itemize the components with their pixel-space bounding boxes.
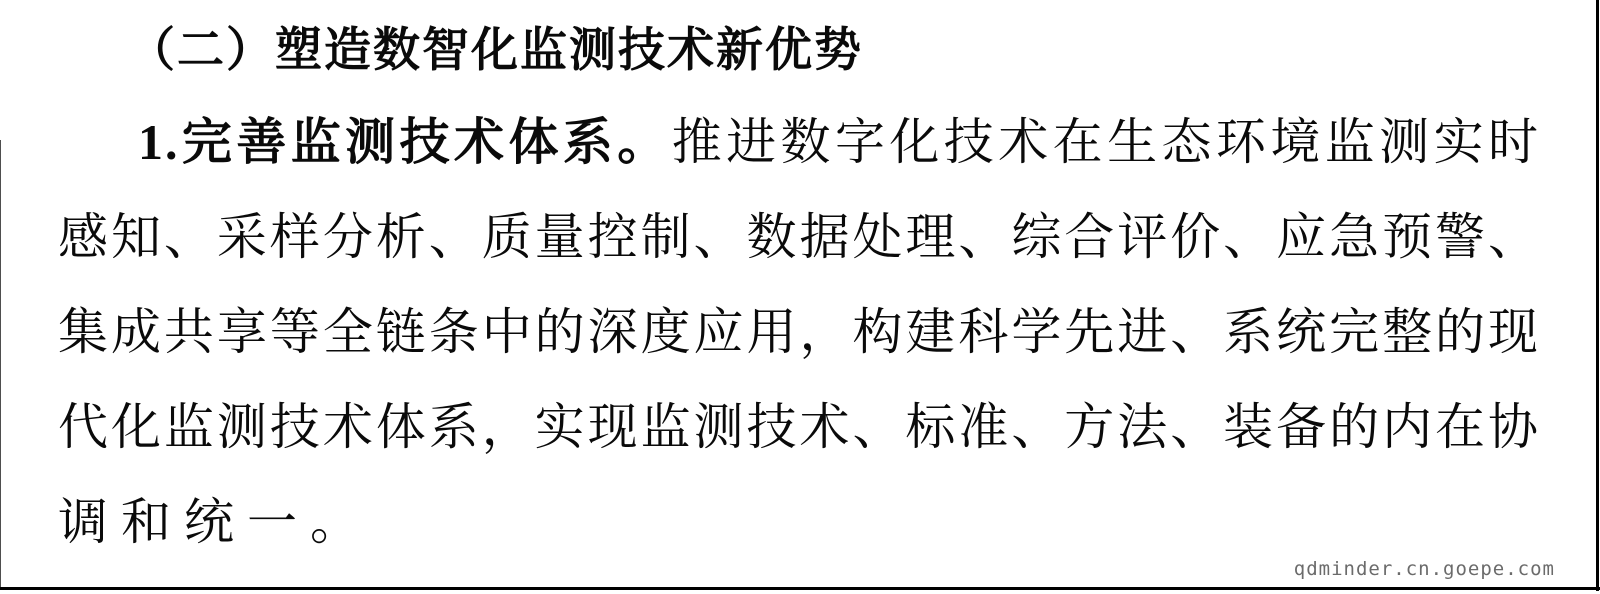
paragraph: 1.完善监测技术体系。推进数字化技术在生态环境监测实时 感知、采样分析、质量控制… (58, 95, 1540, 570)
document-page: （二）塑造数智化监测技术新优势 1.完善监测技术体系。推进数字化技术在生态环境监… (0, 0, 1600, 594)
scan-border-bottom (0, 587, 1600, 590)
scan-border-right (1596, 0, 1599, 591)
scan-border-left (0, 140, 1, 590)
paragraph-line: 调和统一。 (58, 475, 1540, 570)
watermark-url: qdminder.cn.goepe.com (1294, 558, 1555, 580)
paragraph-lead-bold: 1.完善监测技术体系。 (138, 114, 672, 170)
paragraph-line: 1.完善监测技术体系。推进数字化技术在生态环境监测实时 (58, 95, 1540, 190)
paragraph-line: 代化监测技术体系，实现监测技术、标准、方法、装备的内在协 (58, 380, 1540, 475)
paragraph-line: 集成共享等全链条中的深度应用，构建科学先进、系统完整的现 (58, 285, 1540, 380)
paragraph-line-text: 推进数字化技术在生态环境监测实时 (672, 114, 1540, 170)
paragraph-line: 感知、采样分析、质量控制、数据处理、综合评价、应急预警、 (58, 190, 1540, 285)
section-heading: （二）塑造数智化监测技术新优势 (0, 0, 1600, 92)
